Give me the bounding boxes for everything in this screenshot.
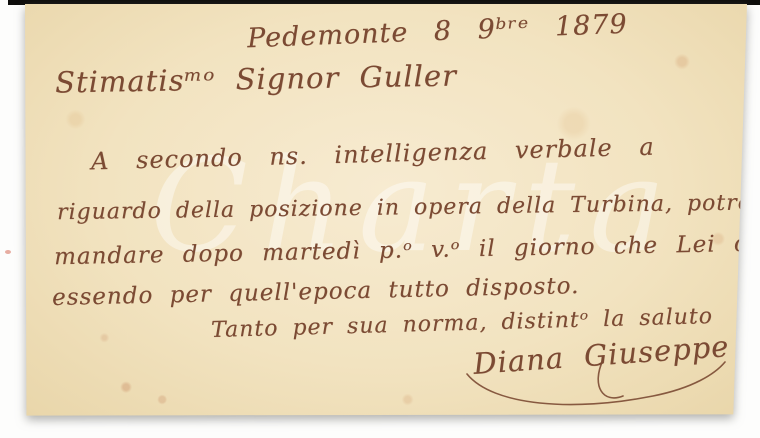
signature-flourish	[453, 356, 738, 414]
body-line: mandare dopo martedì p.ᵒ v.ᵒ il giorno c…	[54, 230, 760, 270]
letter-card-shadow: Charta Pedemonte 8 9ᵇʳᵉ 1879 Stimatisᵐᵒ …	[25, 4, 747, 416]
salutation: Stimatisᵐᵒ Signor Guller	[55, 58, 457, 99]
letter-photo: Charta Pedemonte 8 9ᵇʳᵉ 1879 Stimatisᵐᵒ …	[0, 0, 760, 438]
dateline: Pedemonte 8 9ᵇʳᵉ 1879	[247, 9, 629, 55]
letter-card: Charta Pedemonte 8 9ᵇʳᵉ 1879 Stimatisᵐᵒ …	[25, 4, 747, 416]
body-line: essendo per quell'epoca tutto disposto.	[52, 273, 580, 311]
foxing-spot	[5, 250, 11, 254]
body-line: A secondo ns. intelligenza verbale a	[91, 133, 655, 176]
body-line: riguardo della posizione in opera della …	[57, 190, 760, 225]
